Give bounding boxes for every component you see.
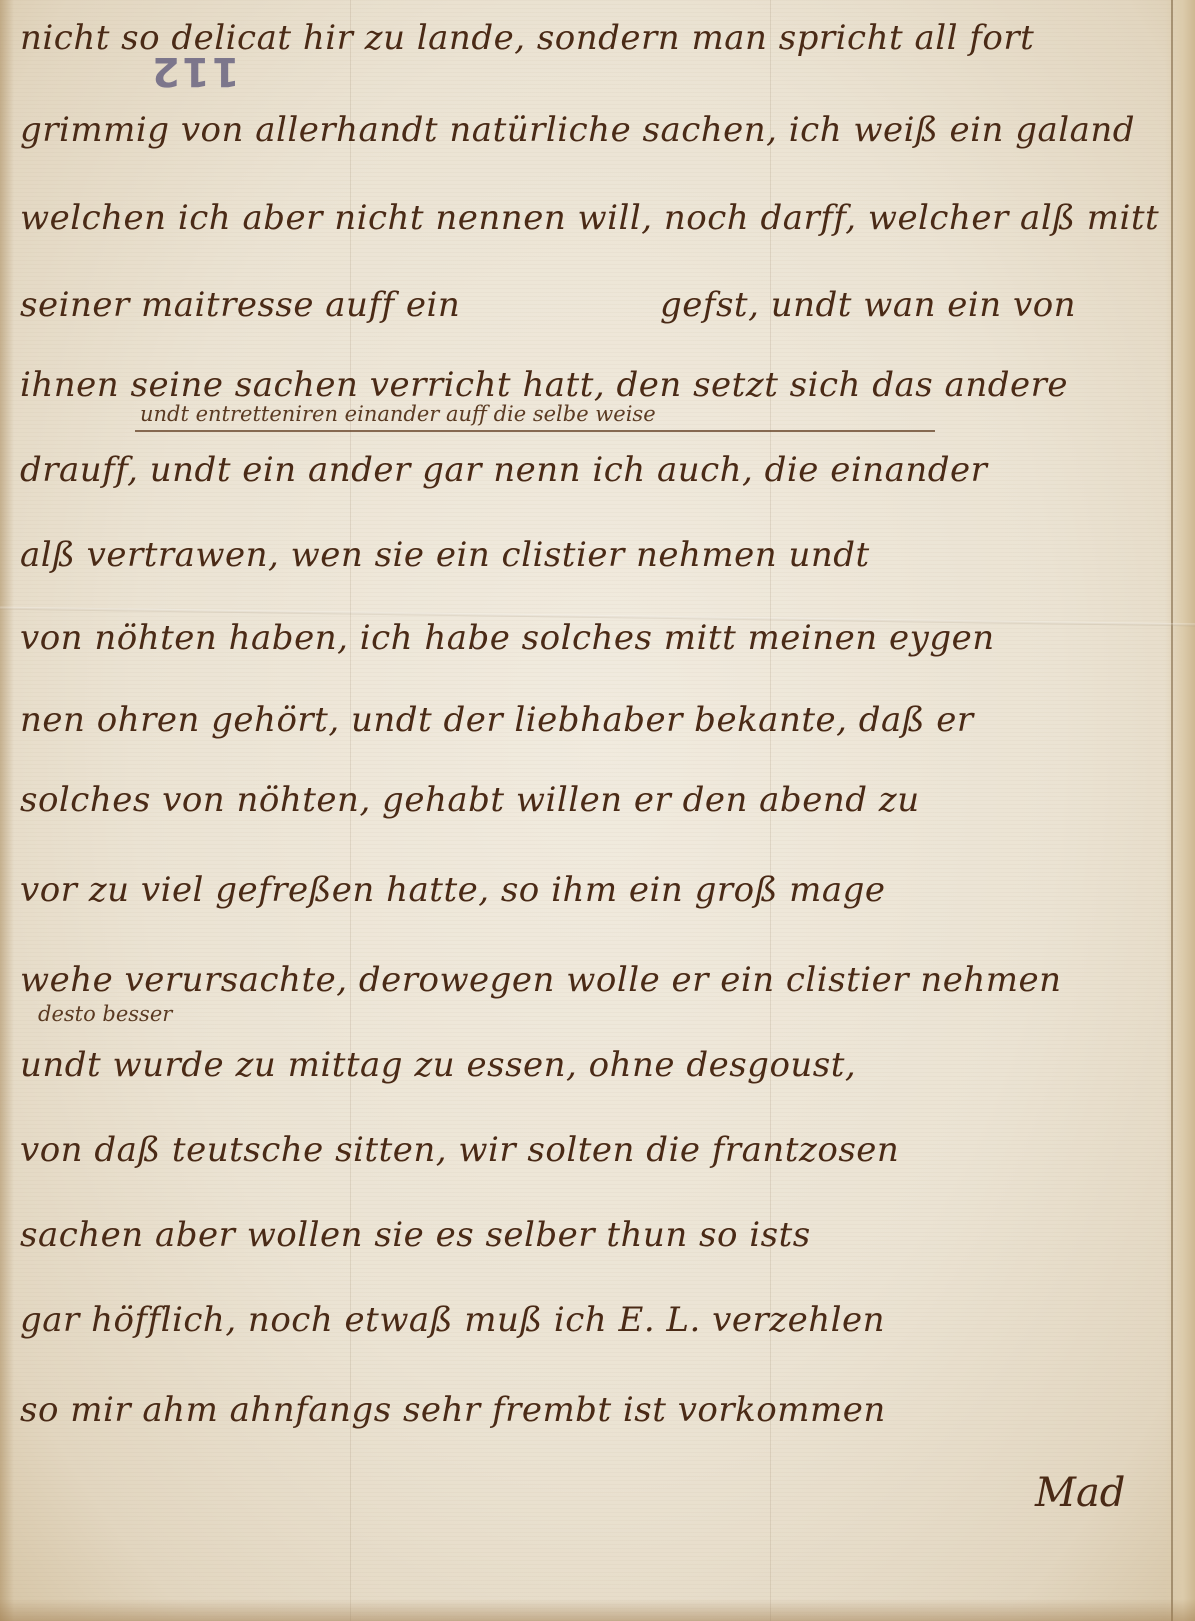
manuscript-line-11: vor zu viel gefreßen hatte, so ihm ein g… — [20, 870, 886, 910]
manuscript-line-2: grimmig von allerhandt natürliche sachen… — [20, 110, 1135, 150]
manuscript-line-6: drauff, undt ein ander gar nenn ich auch… — [20, 450, 987, 490]
manuscript-line-16: gar höfflich, noch etwaß muß ich E. L. v… — [20, 1300, 885, 1340]
binding-edge-line — [1171, 0, 1173, 1621]
paper-edge-right — [1165, 0, 1195, 1621]
paper-edge-bottom — [0, 1599, 1195, 1621]
manuscript-line-4a: seiner maitresse auff ein — [20, 285, 460, 325]
manuscript-line-1: nicht so delicat hir zu lande, sondern m… — [20, 18, 1034, 58]
manuscript-line-17: so mir ahm ahnfangs sehr frembt ist vork… — [20, 1390, 886, 1430]
manuscript-line-5: ihnen seine sachen verricht hatt, den se… — [20, 365, 1068, 405]
manuscript-line-9: nen ohren gehört, undt der liebhaber bek… — [20, 700, 974, 740]
catchword: Mad — [1035, 1470, 1125, 1516]
manuscript-page: 112 nicht so delicat hir zu lande, sonde… — [0, 0, 1195, 1621]
interlinear-insert: desto besser — [38, 1002, 172, 1026]
manuscript-line-3: welchen ich aber nicht nennen will, noch… — [20, 198, 1159, 238]
manuscript-line-7: alß vertrawen, wen sie ein clistier nehm… — [20, 535, 870, 575]
manuscript-line-10: solches von nöhten, gehabt willen er den… — [20, 780, 920, 820]
manuscript-line-12: wehe verursachte, derowegen wolle er ein… — [20, 960, 1062, 1000]
interlinear-insert: undt entretteniren einander auff die sel… — [140, 402, 656, 426]
manuscript-line-13: undt wurde zu mittag zu essen, ohne desg… — [20, 1045, 856, 1085]
manuscript-line-14: von daß teutsche sitten, wir solten die … — [20, 1130, 899, 1170]
paper-edge-left — [0, 0, 14, 1621]
insert-underline — [135, 430, 935, 432]
manuscript-line-8: von nöhten haben, ich habe solches mitt … — [20, 618, 995, 658]
manuscript-line-4b: gefst, undt wan ein von — [660, 285, 1076, 325]
manuscript-line-15: sachen aber wollen sie es selber thun so… — [20, 1215, 811, 1255]
